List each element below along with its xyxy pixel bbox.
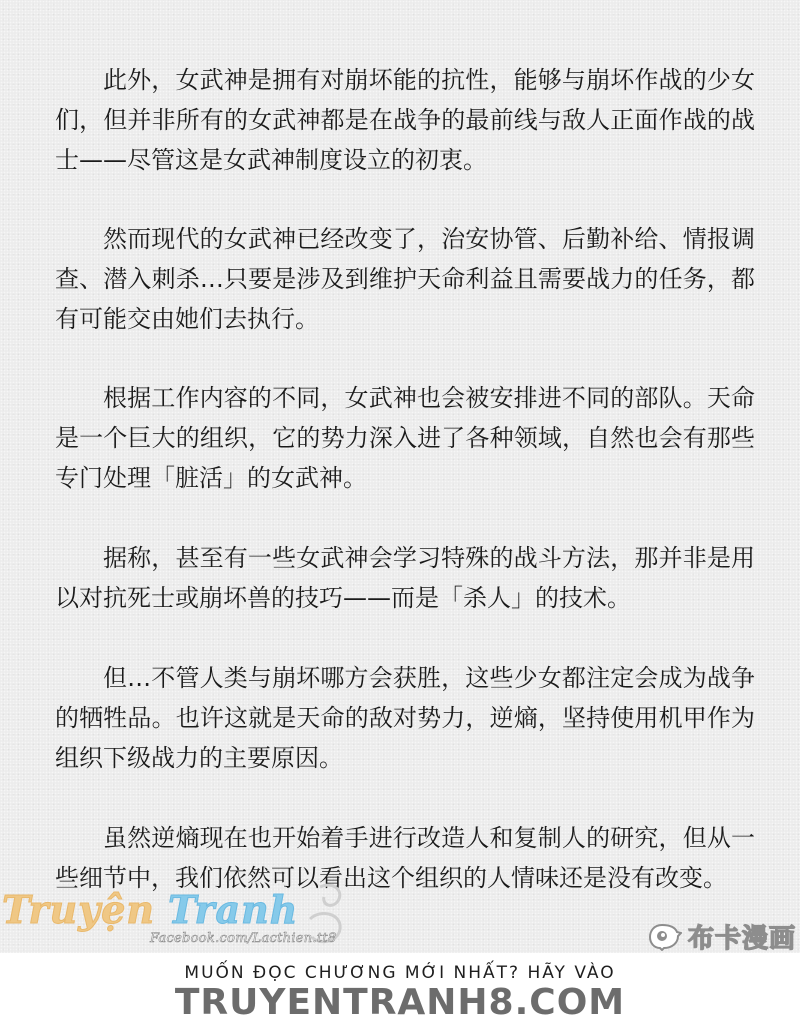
buka-manhua-logo: 布卡漫画 xyxy=(648,918,796,955)
brand-text: 布卡漫画 xyxy=(688,918,796,955)
paragraph-1: 此外，女武神是拥有对崩坏能的抗性，能够与崩坏作战的少女们，但并非所有的女武神都是… xyxy=(55,60,755,180)
paragraph-4: 据称，甚至有一些女武神会学习特殊的战斗方法，那并非是用以对抗死士或崩坏兽的技巧—… xyxy=(55,538,755,618)
watermark-facebook-link: Facebook.com/Lacthien.tt8 xyxy=(150,931,337,946)
footer-banner: MUỐN ĐỌC CHƯƠNG MỚI NHẤT? HÃY VÀO TRUYEN… xyxy=(0,953,800,1026)
bubble-logo-icon xyxy=(648,923,682,951)
footer-site-link[interactable]: TRUYENTRANH8.COM xyxy=(0,982,800,1023)
watermark-truyen-text: Truyện xyxy=(2,887,155,932)
watermark-tranh-text: Tranh xyxy=(168,887,298,932)
truyentranh-watermark: Truyện Tranh Facebook.com/Lacthien.tt8 xyxy=(0,885,360,953)
paragraph-3: 根据工作内容的不同，女武神也会被安排进不同的部队。天命是一个巨大的组织，它的势力… xyxy=(55,378,755,498)
manga-page: 此外，女武神是拥有对崩坏能的抗性，能够与崩坏作战的少女们，但并非所有的女武神都是… xyxy=(0,0,800,953)
footer-promo-text: MUỐN ĐỌC CHƯƠNG MỚI NHẤT? HÃY VÀO xyxy=(0,963,800,983)
paragraph-2: 然而现代的女武神已经改变了，治安协管、后勤补给、情报调查、潜入刺杀…只要是涉及到… xyxy=(55,219,755,339)
paragraph-5: 但…不管人类与崩坏哪方会获胜，这些少女都注定会成为战争的牺牲品。也许这就是天命的… xyxy=(55,658,755,778)
